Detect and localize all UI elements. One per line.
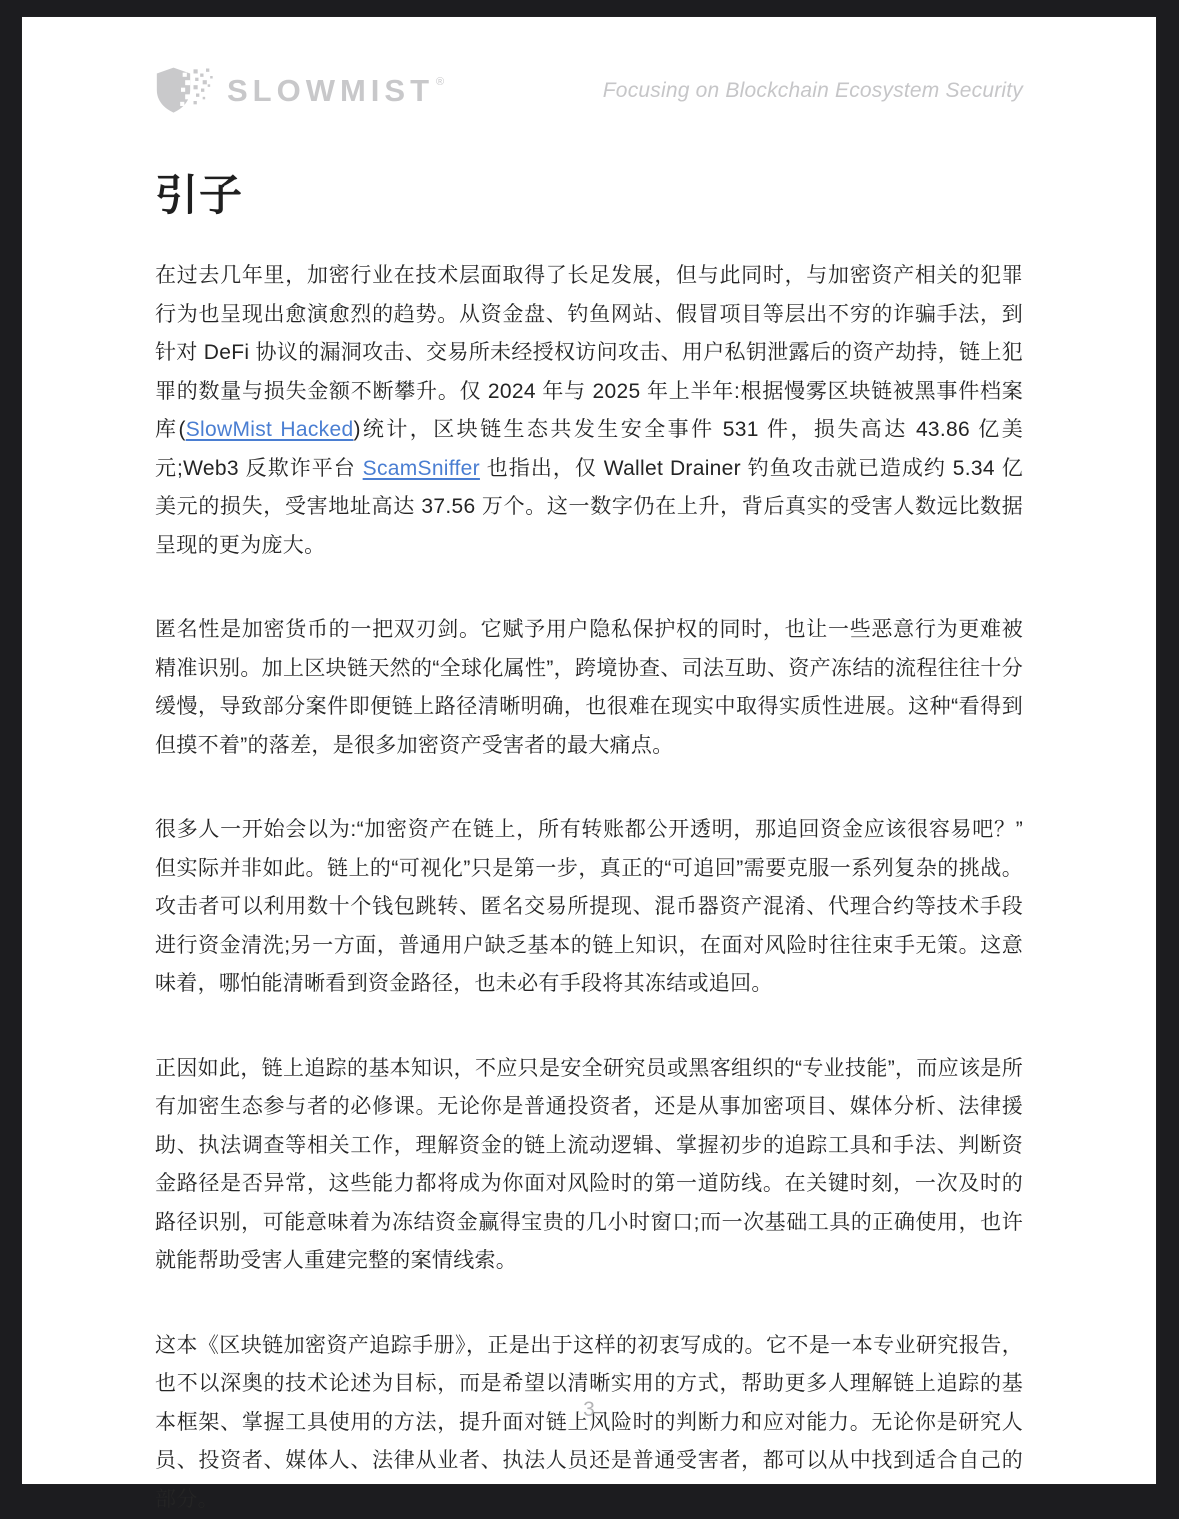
paragraph-1-text: 在过去几年里，加密行业在技术层面取得了长足发展，但与此同时，与加密资产相关的犯罪…	[155, 264, 1023, 441]
brand-wordmark: SLOWMIST®	[227, 76, 444, 107]
page-header: SLOWMIST® Focusing on Blockchain Ecosyst…	[155, 66, 1023, 116]
paragraph-4: 正因如此，链上追踪的基本知识，不应只是安全研究员或黑客组织的“专业技能”，而应该…	[155, 1050, 1023, 1281]
shield-icon	[155, 66, 217, 116]
brand-text: SLOWMIST	[227, 73, 434, 108]
paragraph-1: 在过去几年里，加密行业在技术层面取得了长足发展，但与此同时，与加密资产相关的犯罪…	[155, 257, 1023, 565]
page-title: 引子	[155, 172, 1023, 221]
header-tagline: Focusing on Blockchain Ecosystem Securit…	[603, 79, 1023, 103]
document-page: SLOWMIST® Focusing on Blockchain Ecosyst…	[22, 17, 1156, 1484]
scamsniffer-link[interactable]: ScamSniffer	[363, 457, 480, 480]
slowmist-hacked-link[interactable]: SlowMist Hacked	[186, 418, 354, 441]
paragraph-3: 很多人一开始会以为:“加密资产在链上，所有转账都公开透明，那追回资金应该很容易吧…	[155, 811, 1023, 1004]
page-number: 3	[22, 1398, 1156, 1422]
page-content: SLOWMIST® Focusing on Blockchain Ecosyst…	[155, 17, 1023, 1519]
registered-mark: ®	[436, 76, 444, 88]
paragraph-5: 这本《区块链加密资产追踪手册》，正是出于这样的初衷写成的。它不是一本专业研究报告…	[155, 1327, 1023, 1519]
slowmist-logo: SLOWMIST®	[155, 66, 444, 116]
app-background: { "header": { "brand": "SLOWMIST", "bran…	[0, 0, 1179, 1499]
document-body: 在过去几年里，加密行业在技术层面取得了长足发展，但与此同时，与加密资产相关的犯罪…	[155, 257, 1023, 1519]
paragraph-2: 匿名性是加密货币的一把双刃剑。它赋予用户隐私保护权的同时，也让一些恶意行为更难被…	[155, 611, 1023, 765]
